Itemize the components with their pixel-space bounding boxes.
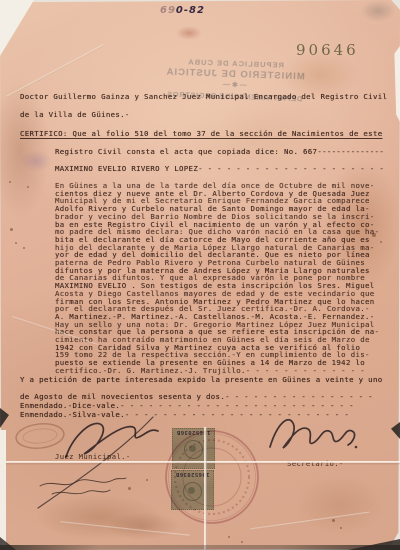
- scanned-document: 690-82 90646 REPUBLICA DE CUBAMINISTERIO…: [0, 0, 400, 550]
- ink-overlay: [0, 0, 400, 550]
- handwritten-note: [40, 478, 126, 494]
- secretary-signature-dot: [355, 446, 358, 449]
- oval-stamp: [15, 422, 65, 451]
- secretary-signature: [270, 420, 355, 448]
- horizontal-fold-crease: [0, 461, 400, 465]
- vertical-fold-crease: [204, 427, 207, 550]
- judge-signature: [66, 423, 158, 457]
- round-cancellation-stamp: [166, 431, 258, 523]
